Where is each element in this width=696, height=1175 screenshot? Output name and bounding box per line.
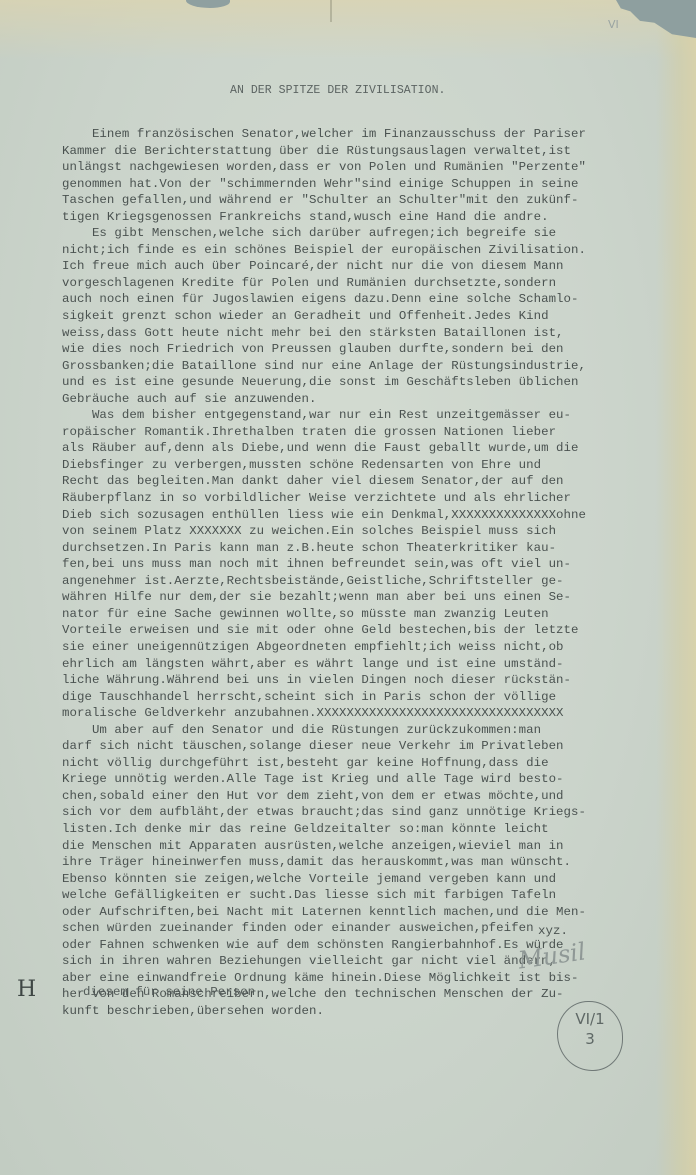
text-line: dige Tauschhandel herrscht,scheint sich … [62,689,586,706]
text-line: sie einer uneigennützigen Abgeordneten e… [62,639,586,656]
text-line: Diebsfinger zu verbergen,mussten schöne … [62,457,586,474]
text-line: Taschen gefallen,und während er "Schulte… [62,192,586,209]
text-line: als Räuber auf,denn als Diebe,und wenn d… [62,440,586,457]
paper-yellowed-top-edge [0,0,696,60]
text-line: Grossbanken;die Bataillone sind nur eine… [62,358,586,375]
text-line: Kriege unnötig werden.Alle Tage ist Krie… [62,771,586,788]
text-line: Gebräuche auch auf sie anzuwenden. [62,391,586,408]
text-line: moralische Geldverkehr anzubahnen.XXXXXX… [62,705,586,722]
paper-yellowed-right-edge [656,0,696,1175]
margin-mark: H [17,977,36,1002]
text-line: sigkeit grenzt schon wieder an Geradheit… [62,308,586,325]
document-body: Einem französischen Senator,welcher im F… [62,126,586,1020]
text-line: Dieb sich sozusagen enthüllen liess wie … [62,507,586,524]
text-line: oder Fahnen schwenken wie auf dem schöns… [62,937,586,954]
text-line: und es ist eine gesunde Neuerung,die son… [62,374,586,391]
text-line: ehrlich am längsten währt,aber es währt … [62,656,586,673]
text-line: listen.Ich denke mir das reine Geldzeita… [62,821,586,838]
text-line: darf sich nicht täuschen,solange dieser … [62,738,586,755]
text-line: aber eine einwandfreie Ordnung käme hine… [62,970,586,987]
text-line: ihre Träger hineinwerfen muss,damit das … [62,854,586,871]
text-line: sich vor dem aufbläht,der etwas braucht;… [62,804,586,821]
corner-pencil-mark: VI [608,18,619,31]
text-line: Räuberpflanz in so vorbildlicher Weise v… [62,490,586,507]
archive-stamp: VI/1 3 [557,1001,623,1071]
text-line: auch noch einen für Jugoslawien eigens d… [62,291,586,308]
text-line: liche Währung.Während bei uns in vielen … [62,672,586,689]
archive-stamp-signature: VI/1 [558,1010,622,1028]
text-line: Recht das begleiten.Man dankt daher viel… [62,473,586,490]
paper-crease [330,0,332,22]
text-line: kunft beschrieben,übersehen worden. [62,1003,586,1020]
text-line: Vorteile erweisen und sie mit oder ohne … [62,622,586,639]
text-line: nicht;ich finde es ein schönes Beispiel … [62,242,586,259]
text-line: genommen hat.Von der "schimmernden Wehr"… [62,176,586,193]
text-line: sich in ihren wahren Beziehungen viellei… [62,953,586,970]
text-line: Um aber auf den Senator und die Rüstunge… [62,722,586,739]
text-line: Ebenso könnten sie zeigen,welche Vorteil… [62,871,586,888]
text-line: wie dies noch Friedrich von Preussen gla… [62,341,586,358]
text-line: weiss,dass Gott heute nicht mehr bei den… [62,325,586,342]
text-line: tigen Kriegsgenossen Frankreichs stand,w… [62,209,586,226]
text-line: unlängst nachgewiesen worden,dass er von… [62,159,586,176]
text-line: ropäischer Romantik.Ihrethalben traten d… [62,424,586,441]
text-line: Kammer die Berichterstattung über die Rü… [62,143,586,160]
document-title: AN DER SPITZE DER ZIVILISATION. [230,84,446,97]
text-line: schen würden zueinander finden oder eina… [62,920,586,937]
text-line: von seinem Platz XXXXXXX zu weichen.Ein … [62,523,586,540]
text-line: oder Aufschriften,bei Nacht mit Laternen… [62,904,586,921]
text-line: angenehmer ist.Aerzte,Rechtsbeistände,Ge… [62,573,586,590]
text-line: Einem französischen Senator,welcher im F… [62,126,586,143]
text-line: Was dem bisher entgegenstand,war nur ein… [62,407,586,424]
text-line: nicht völlig durchgeführt ist,besteht ga… [62,755,586,772]
signoff: xyz. [538,924,568,938]
text-line: die Menschen mit Apparaten ausrüsten,wel… [62,838,586,855]
text-line: währen Hilfe nur dem,der sie bezahlt;wen… [62,589,586,606]
text-line: fen,bei uns muss man noch mit ihnen befr… [62,556,586,573]
archive-stamp-page: 3 [558,1030,622,1048]
text-line: Ich freue mich auch über Poincaré,der ni… [62,258,586,275]
text-line: welche Gefälligkeiten er sucht.Das liess… [62,887,586,904]
text-line: chen,sobald einer den Hut vor dem zieht,… [62,788,586,805]
text-line: Es gibt Menschen,welche sich darüber auf… [62,225,586,242]
text-line: vorgeschlagenen Kredite für Polen und Ru… [62,275,586,292]
footnote-insertion: diesem für seine Person [83,985,255,999]
document-page: VI AN DER SPITZE DER ZIVILISATION. Einem… [0,0,696,1175]
text-line: durchsetzen.In Paris kann man z.B.heute … [62,540,586,557]
text-line: nator für eine Sache gewinnen wollte,so … [62,606,586,623]
